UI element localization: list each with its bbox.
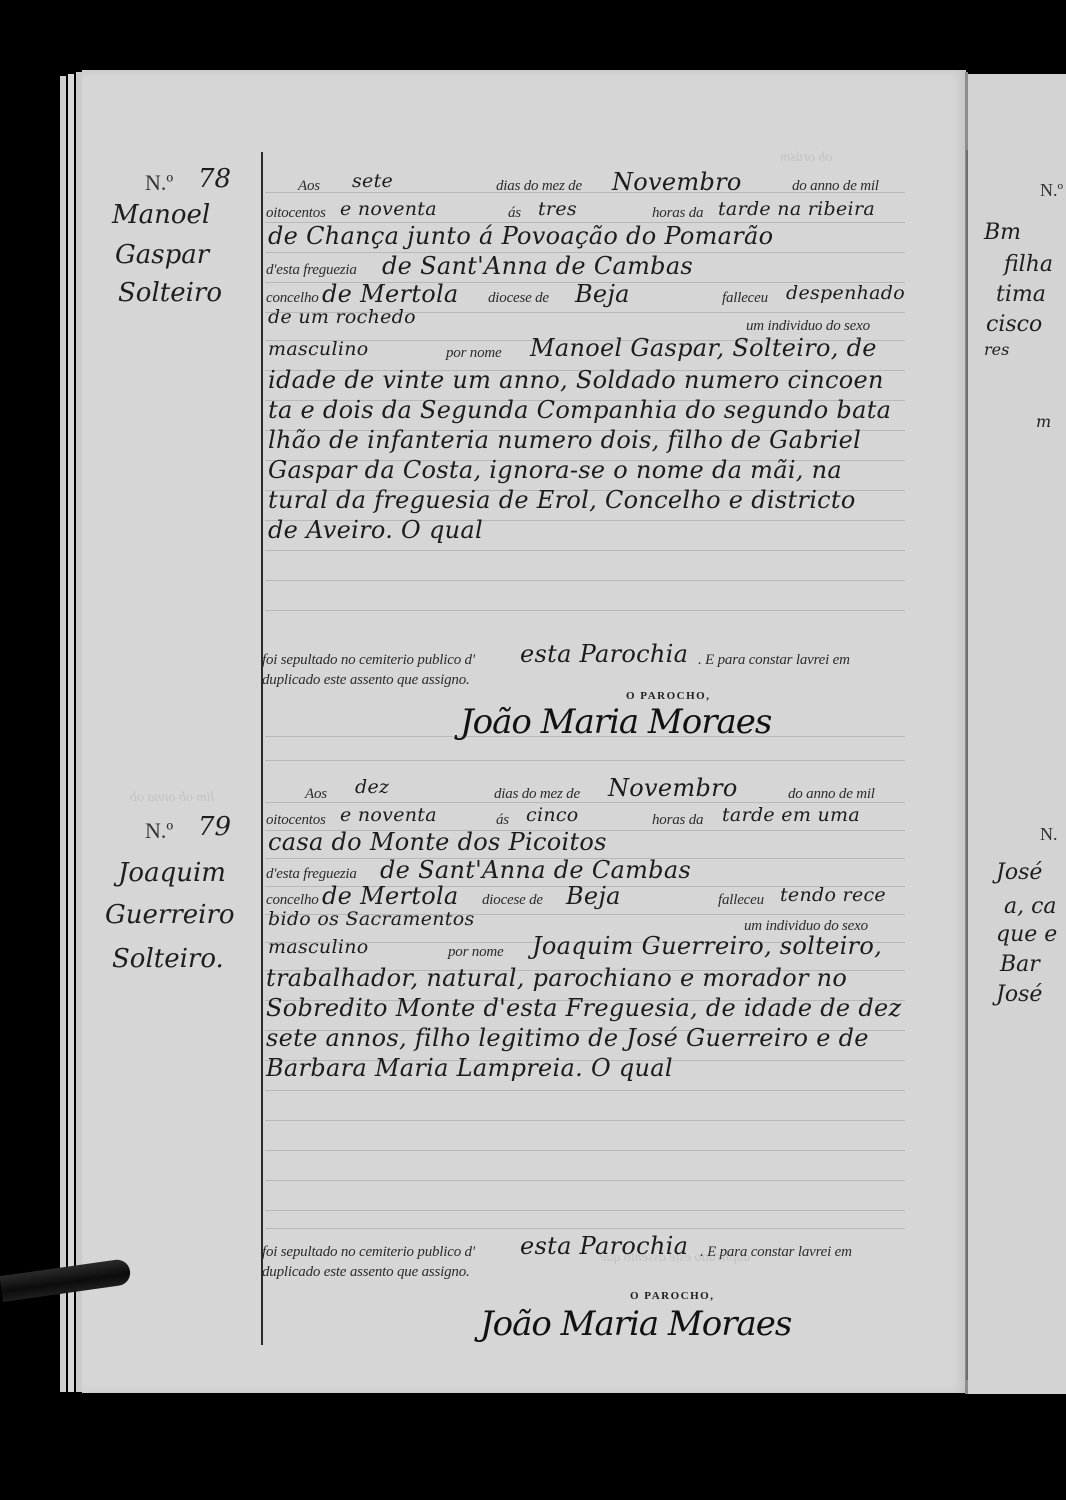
handwritten-hour: tres xyxy=(538,198,577,220)
printed-text: do anno de mil xyxy=(788,786,875,803)
ruled-line xyxy=(265,610,905,611)
printed-text: oitocentos xyxy=(266,812,326,829)
handwritten-body-line: ta e dois da Segunda Companhia do segund… xyxy=(268,396,891,424)
entry-number: 78 xyxy=(198,164,231,194)
handwritten-council: de Mertola xyxy=(322,882,459,910)
handwritten-cause: tendo rece xyxy=(780,884,886,906)
ruled-line xyxy=(265,1090,905,1091)
printed-text: d'esta freguezia xyxy=(266,262,357,279)
bleed-through-text: lim ob onna ob xyxy=(130,790,214,806)
printed-text: duplicado este assento que assigno. xyxy=(262,1264,470,1281)
printed-text: foi sepultado no cemiterio publico d' xyxy=(262,652,475,669)
printed-text: duplicado este assento que assigno. xyxy=(262,672,470,689)
printed-text: por nome xyxy=(448,944,503,961)
signature-title: O PAROCHO, xyxy=(626,690,710,702)
handwritten-body-line: de Aveiro. O qual xyxy=(268,516,483,544)
printed-text: um individuo do sexo xyxy=(746,318,870,335)
handwritten-body-line: Barbara Maria Lampreia. O qual xyxy=(266,1054,673,1082)
priest-signature: João Maria Moraes xyxy=(460,702,771,742)
handwritten-place-detail: casa do Monte dos Picoitos xyxy=(268,828,607,856)
handwritten-day: sete xyxy=(352,170,393,192)
printed-text: falleceu xyxy=(718,892,764,909)
printed-text: d'esta freguezia xyxy=(266,866,357,883)
ruled-line xyxy=(265,1150,905,1151)
entry-number-label: N.º xyxy=(145,170,173,196)
margin-name-line: Gaspar xyxy=(115,240,209,270)
margin-name-line: Joaquim xyxy=(118,858,226,888)
printed-text: horas da xyxy=(652,205,703,222)
handwritten-sex: masculino xyxy=(268,338,369,360)
handwritten-burial-place: esta Parochia xyxy=(520,640,688,668)
handwritten-body-line: sete annos, filho legitimo de José Guerr… xyxy=(266,1024,869,1052)
handwritten-body-line: Gaspar da Costa, ignora-se o nome da mãi… xyxy=(268,456,842,484)
printed-text: ás xyxy=(496,812,509,829)
fragment-line: José xyxy=(996,860,1042,885)
ruled-line xyxy=(265,1210,905,1211)
page-stack-edge xyxy=(60,76,66,1392)
printed-text: do anno de mil xyxy=(792,178,879,195)
handwritten-sex: masculino xyxy=(268,936,369,958)
ruled-line xyxy=(265,760,905,761)
printed-text: concelho xyxy=(266,892,319,909)
printed-text: ás xyxy=(508,205,521,222)
fragment-line: Bm xyxy=(984,220,1021,245)
page-stack-edge xyxy=(68,74,74,1392)
printed-text: dias do mez de xyxy=(496,178,582,195)
printed-text: diocese de xyxy=(488,290,549,307)
handwritten-hour: cinco xyxy=(526,804,579,826)
handwritten-body-line: trabalhador, natural, parochiano e morad… xyxy=(266,964,847,992)
printed-text: . E para constar lavrei em xyxy=(698,652,850,669)
book-gutter-shadow xyxy=(966,150,968,1380)
fragment-line: cisco xyxy=(986,312,1042,337)
handwritten-parish: de Sant'Anna de Cambas xyxy=(380,856,691,884)
handwritten-council: de Mertola xyxy=(322,280,459,308)
margin-name-line: Guerreiro xyxy=(105,900,235,930)
handwritten-diocese: Beja xyxy=(575,280,630,308)
ruled-line xyxy=(265,1180,905,1181)
handwritten-name: Joaquim Guerreiro, solteiro, xyxy=(532,932,882,960)
fragment-line: Bar xyxy=(1000,952,1040,977)
handwritten-day: dez xyxy=(355,776,389,798)
ruled-line xyxy=(265,550,905,551)
fragment-line: que e xyxy=(996,922,1057,947)
ruled-line xyxy=(265,1228,905,1229)
fragment-line: tima xyxy=(996,282,1046,307)
handwritten-body-line: idade de vinte um anno, Soldado numero c… xyxy=(268,366,884,394)
fragment-line: m xyxy=(1036,412,1051,431)
handwritten-parish: de Sant'Anna de Cambas xyxy=(382,252,693,280)
handwritten-body-line: tural da freguesia de Erol, Concelho e d… xyxy=(268,486,856,514)
signature-title: O PAROCHO, xyxy=(630,1290,714,1302)
printed-text: diocese de xyxy=(482,892,543,909)
handwritten-cause: despenhado xyxy=(786,282,905,304)
fragment-line: filha xyxy=(1004,252,1053,277)
handwritten-diocese: Beja xyxy=(566,882,621,910)
printed-text: Aos xyxy=(305,786,327,803)
handwritten-name: Manoel Gaspar, Solteiro, de xyxy=(530,334,877,362)
handwritten-cause-cont: bido os Sacramentos xyxy=(268,908,475,930)
handwritten-place-detail: de Chança junto á Povoação do Pomarão xyxy=(268,222,773,250)
handwritten-month: Novembro xyxy=(612,168,742,196)
priest-signature: João Maria Moraes xyxy=(480,1304,791,1344)
printed-text: oitocentos xyxy=(266,205,326,222)
entry-number: 79 xyxy=(198,812,231,842)
printed-text: foi sepultado no cemiterio publico d' xyxy=(262,1244,475,1261)
handwritten-cause-cont: de um rochedo xyxy=(268,306,416,328)
printed-text: dias do mez de xyxy=(494,786,580,803)
ruled-line xyxy=(265,580,905,581)
handwritten-burial-place: esta Parochia xyxy=(520,1232,688,1260)
margin-rule xyxy=(261,152,263,1345)
margin-name-line: Solteiro. xyxy=(112,944,224,974)
entry-number-label: N. xyxy=(1040,824,1058,845)
margin-name-line: Solteiro xyxy=(118,278,222,308)
printed-text: Aos xyxy=(298,178,320,195)
handwritten-year: e noventa xyxy=(340,198,437,220)
printed-text: falleceu xyxy=(722,290,768,307)
fragment-line: José xyxy=(996,982,1042,1007)
handwritten-body-line: Sobredito Monte d'esta Freguesia, de ida… xyxy=(266,994,901,1022)
fragment-line: res xyxy=(984,340,1009,359)
entry-number-label: N.º xyxy=(1040,180,1063,201)
handwritten-month: Novembro xyxy=(608,774,738,802)
printed-text: concelho xyxy=(266,290,319,307)
entry-number-label: N.º xyxy=(145,818,173,844)
fragment-line: a, ca xyxy=(1004,894,1057,919)
handwritten-place: tarde na ribeira xyxy=(718,198,875,220)
printed-text: por nome xyxy=(446,345,501,362)
handwritten-year: e noventa xyxy=(340,804,437,826)
bleed-through-text: ob orúsm xyxy=(780,150,833,166)
handwritten-place: tarde em uma xyxy=(722,804,860,826)
printed-text: horas da xyxy=(652,812,703,829)
ruled-line xyxy=(265,1120,905,1121)
handwritten-body-line: lhão de infanteria numero dois, filho de… xyxy=(268,426,861,454)
margin-name-line: Manoel xyxy=(112,200,210,230)
printed-text: . E para constar lavrei em xyxy=(700,1244,852,1261)
